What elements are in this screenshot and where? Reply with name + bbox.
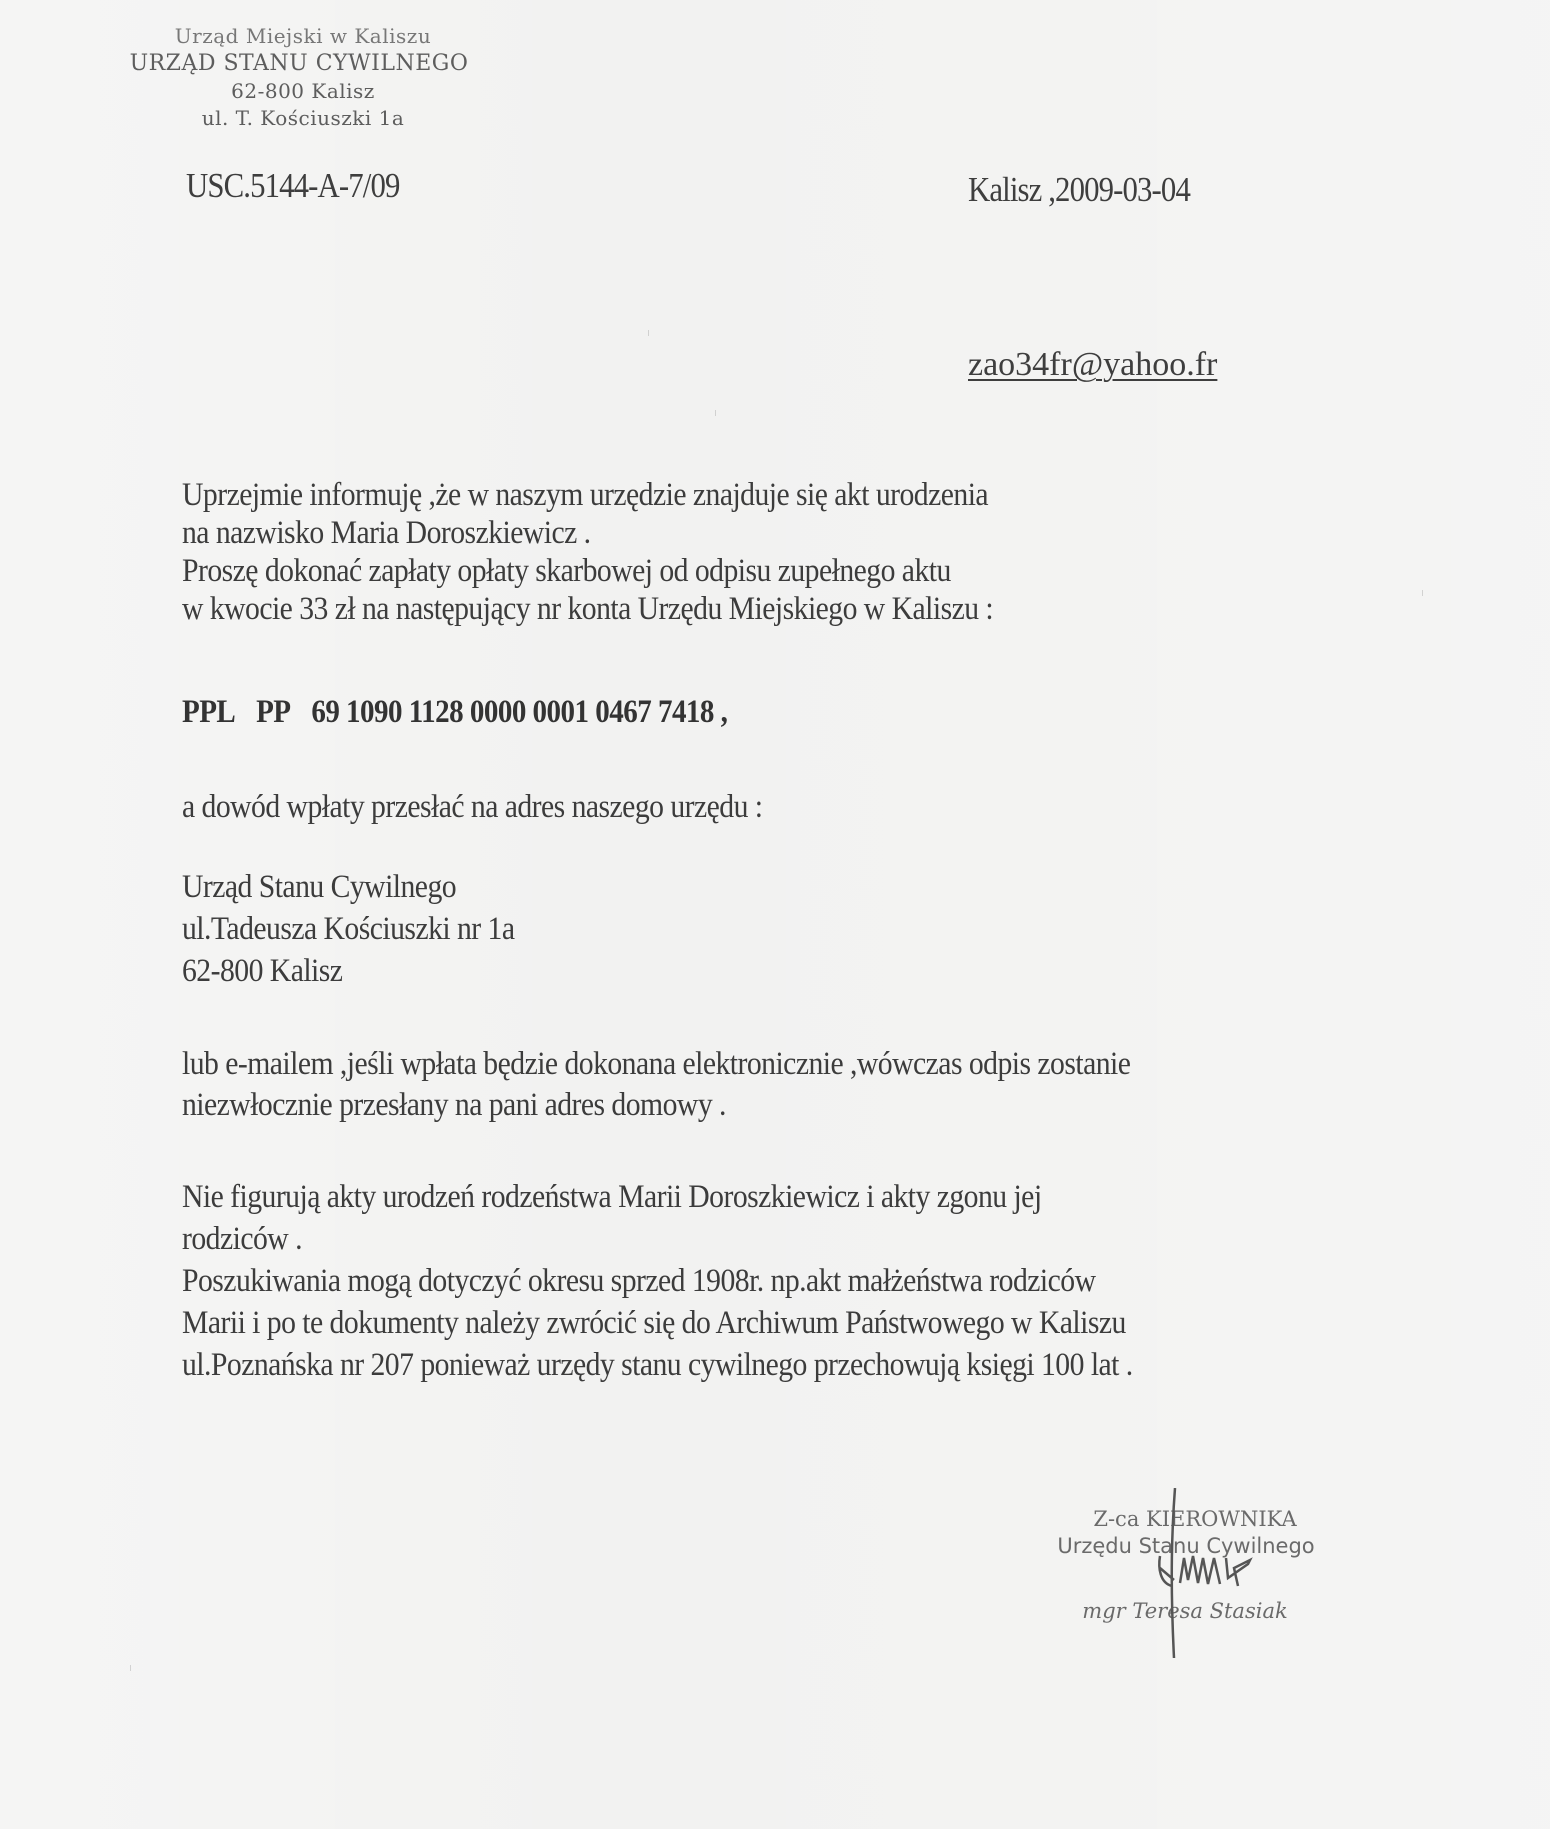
paper-speck	[715, 410, 716, 416]
paragraph-payment-proof: a dowód wpłaty przesłać na adres naszego…	[182, 788, 763, 826]
office-header-stamp: Urząd Miejski w Kaliszu URZĄD STANU CYWI…	[118, 22, 488, 132]
recipient-email-link[interactable]: zao34fr@yahoo.fr	[968, 346, 1217, 384]
reference-number: USC.5144-A-7/09	[186, 166, 400, 206]
paper-speck	[648, 330, 649, 336]
paragraph-line: Proszę dokonać zapłaty opłaty skarbowej …	[182, 552, 993, 590]
stamp-line-registry-office: URZĄD STANU CYWILNEGO	[110, 50, 488, 78]
paragraph-line: a dowód wpłaty przesłać na adres naszego…	[182, 788, 763, 826]
paragraph-line: Poszukiwania mogą dotyczyć okresu sprzed…	[182, 1260, 1133, 1302]
paragraph-line: w kwocie 33 zł na następujący nr konta U…	[182, 590, 993, 628]
paragraph-line: Nie figurują akty urodzeń rodzeństwa Mar…	[182, 1176, 1133, 1218]
signatory-title: Z-ca KIEROWNIKA	[1050, 1505, 1340, 1533]
stamp-line-street: ul. T. Kościuszki 1a	[118, 105, 488, 132]
stamp-line-city-office: Urząd Miejski w Kaliszu	[118, 22, 488, 50]
paragraph-intro: Uprzejmie informuję ,że w naszym urzędzi…	[182, 476, 993, 628]
date-line: Kalisz ,2009-03-04	[968, 170, 1190, 210]
paragraph-line: niezwłocznie przesłany na pani adres dom…	[182, 1085, 1130, 1126]
letter-page: Urząd Miejski w Kaliszu URZĄD STANU CYWI…	[0, 0, 1550, 1829]
paragraph-archive-info: Nie figurują akty urodzeń rodzeństwa Mar…	[182, 1176, 1133, 1386]
account-digits: 69 1090 1128 0000 0001 0467 7418 ,	[311, 694, 727, 730]
paragraph-line: ul.Poznańska nr 207 ponieważ urzędy stan…	[182, 1344, 1133, 1386]
paragraph-line: rodziców .	[182, 1218, 1133, 1260]
paper-speck	[1422, 590, 1423, 596]
account-prefix-1: PPL	[182, 694, 235, 730]
paragraph-line: na nazwisko Maria Doroszkiewicz .	[182, 514, 993, 552]
paragraph-line: lub e-mailem ,jeśli wpłata będzie dokona…	[182, 1044, 1130, 1085]
paper-speck	[130, 1665, 131, 1671]
account-prefix-2: PP	[256, 694, 290, 730]
office-address: Urząd Stanu Cywilnego ul.Tadeusza Kościu…	[182, 866, 514, 992]
address-street: ul.Tadeusza Kościuszki nr 1a	[182, 908, 514, 950]
signature-stamp: Z-ca KIEROWNIKA Urzędu Stanu Cywilnego m…	[1050, 1505, 1340, 1625]
signatory-office: Urzędu Stanu Cywilnego	[1032, 1533, 1340, 1559]
address-city: 62-800 Kalisz	[182, 950, 514, 992]
stamp-line-postal-code: 62-800 Kalisz	[118, 78, 488, 105]
paragraph-email-option: lub e-mailem ,jeśli wpłata będzie dokona…	[182, 1044, 1130, 1126]
bank-account-number: PPL PP 69 1090 1128 0000 0001 0467 7418 …	[182, 694, 727, 731]
signatory-name: mgr Teresa Stasiak	[1030, 1597, 1340, 1625]
address-name: Urząd Stanu Cywilnego	[182, 866, 514, 908]
paragraph-line: Marii i po te dokumenty należy zwrócić s…	[182, 1302, 1133, 1344]
paragraph-line: Uprzejmie informuję ,że w naszym urzędzi…	[182, 476, 993, 514]
